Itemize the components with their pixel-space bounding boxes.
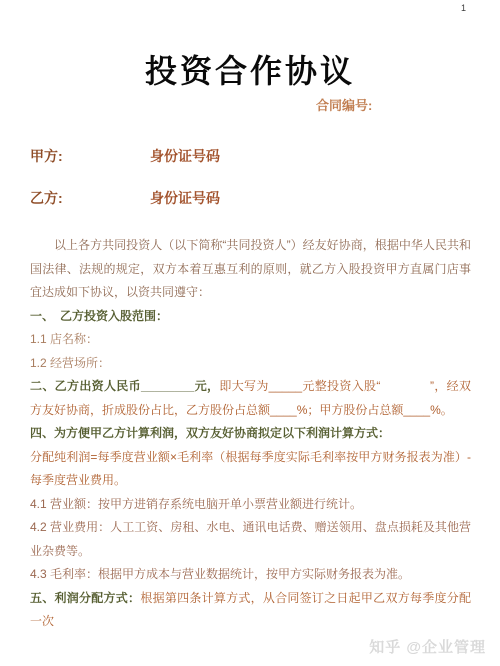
document-body: 以上各方共同投资人（以下简称“共同投资人”）经友好协商，根据中华人民共和国法律、… [30, 234, 471, 634]
party-a-id-label: 身份证号码 [150, 146, 220, 166]
watermark: 知乎 @企业管理 [369, 636, 486, 657]
document-page: 1 投资合作协议 合同编号: 甲方: 身份证号码 乙方: 身份证号码 以上各方共… [0, 0, 500, 666]
clause-1-item-store-name: 1.1 店名称： [30, 328, 471, 352]
party-b-label: 乙方: [30, 190, 63, 206]
document-title: 投资合作协议 [0, 46, 500, 92]
party-b-row: 乙方: 身份证号码 [30, 188, 63, 208]
clause-1-item-premises: 1.2 经营场所： [30, 352, 471, 376]
clause-1-heading: 一、 乙方投资入股范围： [30, 305, 471, 329]
contract-number-label: 合同编号: [316, 95, 372, 114]
clause-2-paragraph: 二、乙方出资人民币________元，即大写为_____元整投资入股“ ”，经双… [30, 375, 471, 422]
clause-5-paragraph: 五、利润分配方式：根据第四条计算方式，从合同签订之日起甲乙双方每季度分配一次 [30, 587, 471, 634]
clause-5-heading: 五、利润分配方式： [30, 591, 140, 605]
party-a-label: 甲方: [30, 148, 63, 164]
clause-4-item-expenses: 4.2 营业费用：人工工资、房租、水电、通讯电话费、赠送领用、盘点损耗及其他营业… [30, 516, 471, 563]
party-a-row: 甲方: 身份证号码 [30, 146, 63, 166]
intro-paragraph: 以上各方共同投资人（以下简称“共同投资人”）经友好协商，根据中华人民共和国法律、… [30, 234, 471, 305]
clause-4-formula: 分配纯利润=每季度营业额×毛利率（根据每季度实际毛利率按甲方财务报表为准）- 每… [30, 446, 471, 493]
page-number: 1 [461, 3, 466, 13]
clause-4-heading: 四、为方便甲乙方计算利润，双方友好协商拟定以下利润计算方式： [30, 422, 471, 446]
clause-2-heading: 二、乙方出资人民币________元， [30, 379, 219, 393]
clause-4-item-revenue: 4.1 营业额：按甲方进销存系统电脑开单小票营业额进行统计。 [30, 493, 471, 517]
clause-4-item-margin: 4.3 毛利率：根据甲方成本与营业数据统计，按甲方实际财务报表为准。 [30, 563, 471, 587]
party-b-id-label: 身份证号码 [150, 188, 220, 208]
